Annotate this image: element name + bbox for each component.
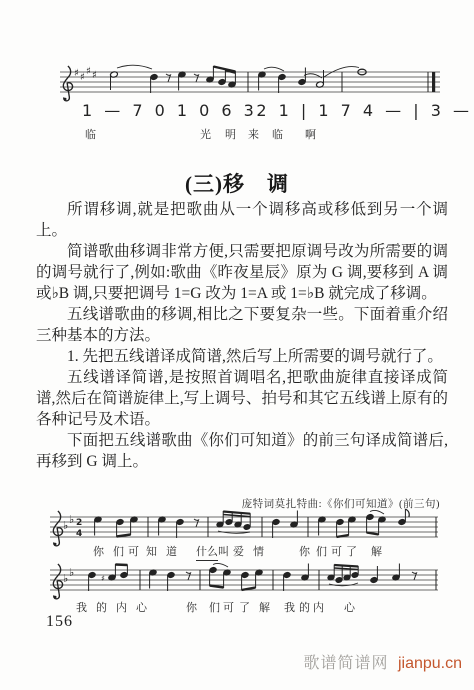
lyric-syllable: 来	[248, 126, 259, 142]
lyric-syllable: 什么	[196, 543, 218, 561]
lyric-syllable: 心	[136, 599, 147, 615]
lyric-syllable: 了	[346, 543, 357, 559]
staff-notation-top: ♯♯♯♯	[56, 62, 444, 106]
lyric-syllable: 内	[116, 599, 127, 615]
svg-text:♯: ♯	[74, 68, 79, 79]
lyric-syllable: 啊	[305, 126, 316, 142]
lyric-syllable: 了	[239, 599, 250, 615]
lyric-syllable: 解	[259, 599, 270, 615]
lyric-syllable: 我	[76, 599, 87, 615]
lyric-syllable: 们	[209, 599, 220, 615]
paragraph: 所谓移调,就是把歌曲从一个调移高或移低到另一个调上。	[36, 199, 448, 241]
svg-text:♯: ♯	[86, 66, 91, 77]
lyric-syllable: 知	[146, 543, 157, 559]
lyric-syllable: 光	[200, 126, 211, 142]
paragraph: 五线谱译简谱,是按照首调唱名,把歌曲旋律直接译成简谱,然后在简谱旋律上,写上调号…	[36, 367, 448, 430]
notes	[94, 509, 436, 538]
lyric-syllable: 内	[313, 599, 324, 615]
svg-text:♭: ♭	[69, 513, 74, 526]
bottom-lyrics-row-1: 你 们 可 知 道 什么 叫 爱 情 你 们 可 了 解	[46, 543, 456, 558]
page-number: 156	[46, 613, 73, 631]
lyric-syllable: 解	[371, 543, 382, 559]
lyric-syllable: 情	[253, 543, 264, 559]
lyric-syllable: 心	[344, 599, 355, 615]
lyric-syllable: 们	[113, 543, 124, 559]
lyric-syllable: 的	[96, 599, 107, 615]
lyric-syllable: 可	[331, 543, 342, 559]
paragraph: 下面把五线谱歌曲《你们可知道》的前三句译成简谱后,再移到 G 调上。	[36, 430, 448, 472]
svg-text:♭: ♭	[69, 566, 74, 579]
lyric-syllable: 你	[93, 543, 104, 559]
lyric-syllable: 叫	[218, 543, 229, 559]
paragraph: 1. 先把五线谱译成简谱,然后写上所需要的调号就行了。	[36, 346, 448, 367]
watermark-site-name: 歌谱简谱网	[303, 655, 388, 672]
svg-text:4: 4	[76, 529, 82, 539]
paragraph: 简谱歌曲移调非常方便,只需要把原调号改为所需要的调的调号就行了,例如:歌曲《昨夜…	[36, 241, 448, 304]
lyric-syllable: 的	[299, 599, 310, 615]
key-signature-flats: ♭♭	[63, 513, 74, 532]
staff-notation-line2: ♭♭ ♯	[46, 560, 442, 604]
site-watermark: 歌谱简谱网 jianpu.cn	[0, 650, 462, 673]
svg-text:♯: ♯	[92, 70, 97, 81]
top-lyrics-row: 临 光 明 来 临 啊	[58, 126, 458, 141]
svg-text:♯: ♯	[101, 574, 105, 583]
lyric-syllable: 们	[316, 543, 327, 559]
notes: ♯	[88, 563, 436, 591]
svg-text:2: 2	[76, 518, 82, 528]
lyric-syllable: 道	[166, 543, 177, 559]
lyric-syllable: 爱	[233, 543, 244, 559]
jianpu-notation-line: 1 — 7 0 1 0 6 32 1 | 1 7 4 — | 3 — — — ‖	[82, 101, 452, 120]
lyric-syllable: 我	[284, 599, 295, 615]
section-heading: (三)移 调	[0, 168, 474, 198]
key-signature-sharps: ♯♯♯♯	[74, 66, 97, 83]
lyric-syllable: 明	[225, 126, 236, 142]
notes	[110, 65, 435, 93]
svg-text:♯: ♯	[80, 72, 85, 83]
paragraph: 五线谱歌曲的移调,相比之下要复杂一些。下面着重介绍三种基本的方法。	[36, 304, 448, 346]
lyric-syllable: 你	[299, 543, 310, 559]
lyric-syllable: 可	[128, 543, 139, 559]
lyric-syllable: 可	[223, 599, 234, 615]
lyric-syllable: 你	[186, 599, 197, 615]
svg-text:♭: ♭	[63, 519, 68, 532]
book-page: ♯♯♯♯	[0, 0, 474, 690]
lyric-syllable: 临	[272, 126, 283, 142]
time-signature: 24	[76, 518, 82, 539]
watermark-site-url: jianpu.cn	[398, 655, 462, 672]
bottom-lyrics-row-2: 我 的 内 心 你 们 可 了 解 我 的 内 心	[46, 599, 456, 614]
lyric-syllable: 临	[85, 126, 96, 142]
svg-text:♭: ♭	[63, 572, 68, 585]
body-text: 所谓移调,就是把歌曲从一个调移高或移低到另一个调上。 简谱歌曲移调非常方便,只需…	[36, 199, 448, 472]
key-signature-flats: ♭♭	[63, 566, 74, 585]
